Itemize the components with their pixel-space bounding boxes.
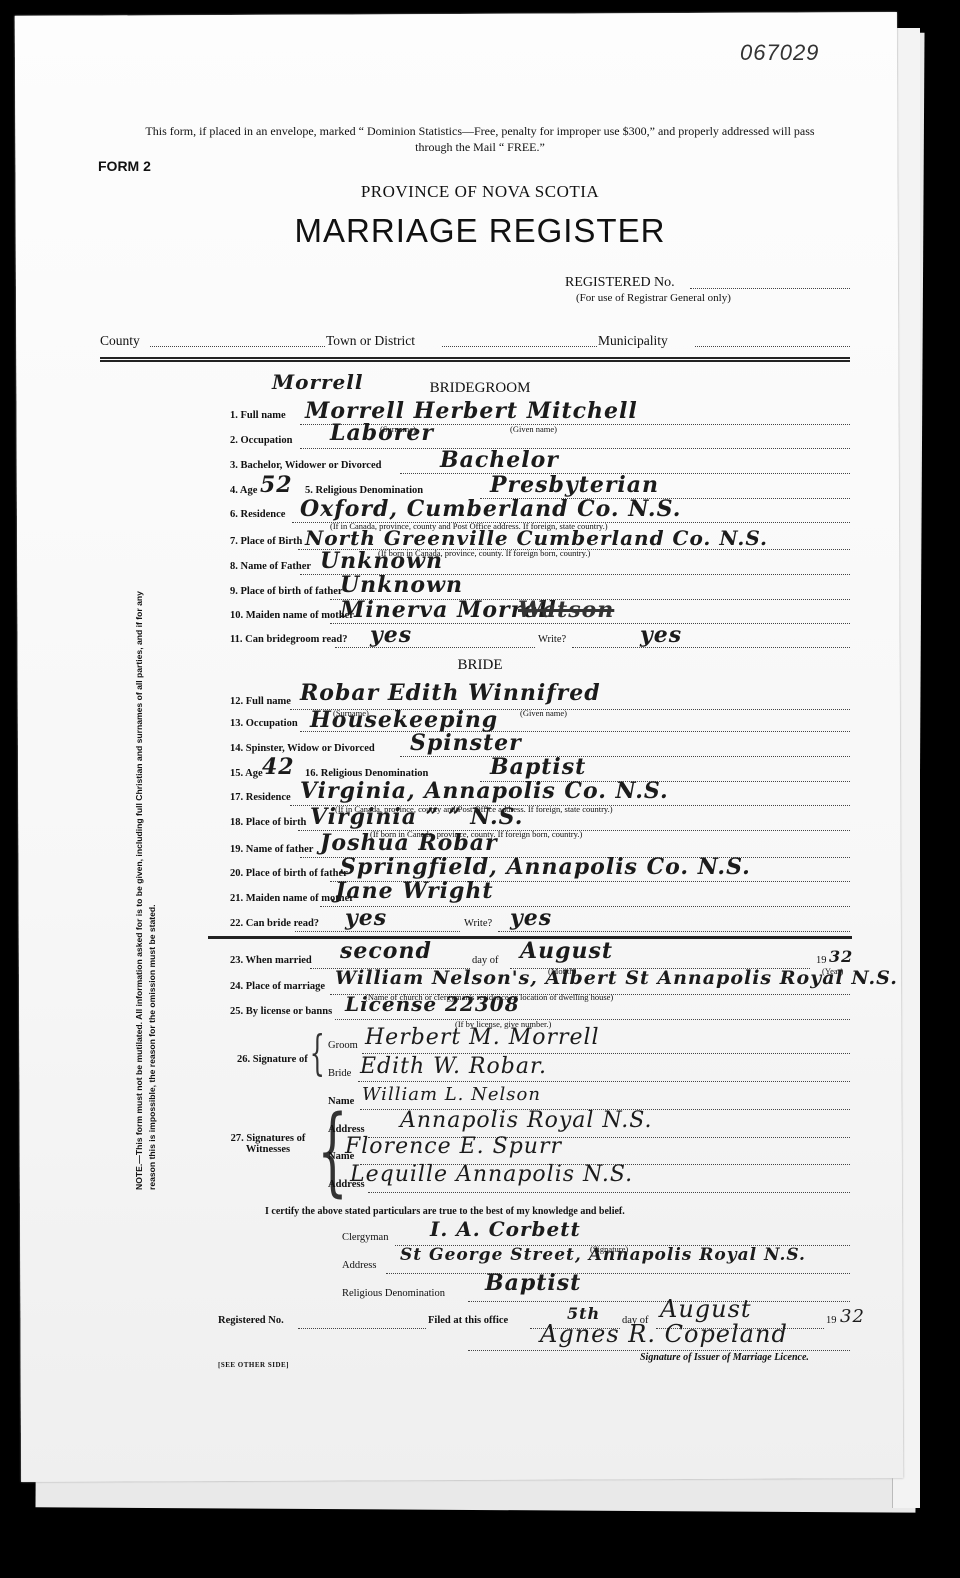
day-of-label: day of	[472, 955, 499, 966]
bride-residence: Virginia, Annapolis Co. N.S.	[300, 778, 669, 804]
clergyman-signature: I. A. Corbett	[430, 1217, 581, 1241]
filed-month: August	[660, 1295, 752, 1323]
field-label: 15. Age	[230, 768, 263, 779]
clergyman-denomination: Baptist	[485, 1270, 581, 1296]
filed-label: Filed at this office	[428, 1315, 508, 1326]
field-line	[386, 1273, 850, 1274]
field-label: 14. Spinster, Widow or Divorced	[230, 743, 375, 754]
bride-mother-maiden-name: Jane Wright	[335, 878, 494, 904]
municipality-label: Municipality	[598, 333, 668, 349]
groom-can-write: yes	[640, 622, 682, 648]
marriage-day: second	[340, 938, 432, 964]
county-field	[150, 346, 325, 347]
field-label: 1. Full name	[230, 410, 286, 421]
groom-birthplace: North Greenville Cumberland Co. N.S.	[305, 526, 768, 550]
county-label: County	[100, 333, 140, 349]
field-line	[300, 448, 850, 449]
town-label: Town or District	[326, 333, 415, 349]
bride-age: 42	[262, 754, 295, 780]
form-number: FORM 2	[98, 158, 151, 174]
field-label: 11. Can bridegroom read?	[230, 634, 347, 645]
registered-no-field	[690, 288, 850, 289]
given-name-note: (Given name)	[520, 708, 567, 718]
field-label: Write?	[464, 918, 492, 929]
see-other-side: [SEE OTHER SIDE]	[218, 1361, 289, 1369]
province-heading: PROVINCE OF NOVA SCOTIA	[0, 182, 960, 202]
field-label: 2. Occupation	[230, 435, 292, 446]
field-label: 22. Can bride read?	[230, 918, 319, 929]
field-label: 19. Name of father	[230, 844, 313, 855]
field-label: 24. Place of marriage	[230, 981, 325, 992]
year-prefix: 19	[826, 1315, 837, 1326]
groom-age: 52	[260, 472, 293, 498]
marriage-month: August	[520, 938, 613, 964]
field-line	[400, 756, 850, 757]
clergy-address-label: Address	[342, 1260, 376, 1271]
clergyman-label: Clergyman	[342, 1232, 388, 1243]
struck-out-text: Watson	[518, 597, 614, 623]
bride-heading: BRIDE	[0, 657, 960, 674]
groom-sig-label: Groom	[328, 1040, 358, 1051]
groom-signature: Herbert M. Morrell	[365, 1025, 600, 1050]
page-title: MARRIAGE REGISTER	[0, 212, 960, 250]
field-label: 3. Bachelor, Widower or Divorced	[230, 460, 381, 471]
field-line	[335, 1019, 850, 1020]
groom-occupation: Laborer	[330, 420, 434, 446]
registered-no-label: Registered No.	[218, 1315, 284, 1326]
registered-no-label: REGISTERED No.	[565, 275, 675, 291]
field-label: 18. Place of birth	[230, 817, 306, 828]
bride-can-write: yes	[510, 905, 552, 931]
bride-full-name: Robar Edith Winnifred	[300, 680, 601, 706]
field-line	[368, 1192, 850, 1193]
field-line	[572, 647, 850, 648]
issuer-label: Signature of Issuer of Marriage Licence.	[640, 1352, 809, 1363]
bride-sig-label: Bride	[328, 1068, 351, 1079]
town-field	[442, 346, 597, 347]
bride-marital-status: Spinster	[410, 730, 522, 756]
filed-year: 32	[840, 1306, 865, 1327]
witness-1-address: Annapolis Royal N.S.	[400, 1108, 653, 1133]
bride-signature: Edith W. Robar.	[360, 1054, 547, 1079]
field-line	[468, 1301, 850, 1302]
issuer-signature: Agnes R. Copeland	[540, 1320, 788, 1348]
bridegroom-heading: BRIDEGROOM	[0, 380, 960, 397]
witnesses-label: 27. Signatures ofWitnesses	[230, 1133, 306, 1155]
field-line	[295, 931, 460, 932]
clergyman-address: St George Street, Annapolis Royal N.S.	[400, 1245, 806, 1265]
registered-no-note: (For use of Registrar General only)	[576, 292, 731, 304]
header-divider	[100, 357, 850, 362]
field-label: 8. Name of Father	[230, 561, 311, 572]
witness-2-address: Lequille Annapolis N.S.	[350, 1162, 633, 1187]
groom-residence: Oxford, Cumberland Co. N.S.	[300, 496, 681, 522]
field-label: 25. By license or banns	[230, 1006, 332, 1017]
witness-1-name: William L. Nelson	[362, 1084, 541, 1105]
municipality-field	[695, 346, 850, 347]
brace: {	[310, 1025, 325, 1081]
groom-marital-status: Bachelor	[440, 447, 559, 473]
witness-2-name: Florence E. Spurr	[345, 1134, 562, 1159]
license-number: License 22308	[345, 992, 520, 1016]
field-line	[298, 1328, 426, 1329]
field-label: 23. When married	[230, 955, 312, 966]
signatures-label: 26. Signature of	[237, 1054, 308, 1065]
groom-father-birthplace: Unknown	[340, 572, 463, 598]
field-label: 4. Age	[230, 485, 257, 496]
marriage-year: 32	[829, 947, 853, 966]
field-label: 20. Place of birth of father	[230, 868, 348, 879]
serial-number: 067029	[740, 40, 819, 66]
issuer-signature-line	[468, 1350, 850, 1351]
field-label: 12. Full name	[230, 696, 291, 707]
field-line	[320, 906, 850, 907]
field-line	[358, 1081, 850, 1082]
bride-father-birthplace: Springfield, Annapolis Co. N.S.	[340, 854, 751, 880]
field-label: 9. Place of birth of father	[230, 586, 343, 597]
bride-father-name: Joshua Robar	[320, 830, 498, 856]
field-line	[498, 931, 850, 932]
bride-birthplace: Virginia ” ” N.S.	[310, 804, 523, 830]
bride-religion: Baptist	[490, 754, 586, 780]
year-prefix: 19	[816, 955, 827, 966]
groom-can-read: yes	[370, 622, 412, 648]
bride-can-read: yes	[345, 905, 387, 931]
field-label: 6. Residence	[230, 509, 285, 520]
witness-name-label: Name	[328, 1096, 354, 1107]
given-name-note: (Given name)	[510, 424, 557, 434]
field-label: Write?	[538, 634, 566, 645]
field-label: 7. Place of Birth	[230, 536, 302, 547]
field-label: 10. Maiden name of mother	[230, 610, 354, 621]
groom-father-name: Unknown	[320, 548, 443, 574]
certification-statement: I certify the above stated particulars a…	[265, 1206, 625, 1217]
field-label: 13. Occupation	[230, 718, 298, 729]
field-label: 5. Religious Denomination	[305, 485, 423, 496]
marriage-place: William Nelson's, Albert St Annapolis Ro…	[335, 967, 898, 989]
field-line	[335, 647, 535, 648]
clergy-denomination-label: Religious Denomination	[342, 1288, 445, 1299]
groom-religion: Presbyterian	[490, 472, 659, 498]
field-label: 17. Residence	[230, 792, 291, 803]
postal-notice: This form, if placed in an envelope, mar…	[130, 123, 830, 155]
